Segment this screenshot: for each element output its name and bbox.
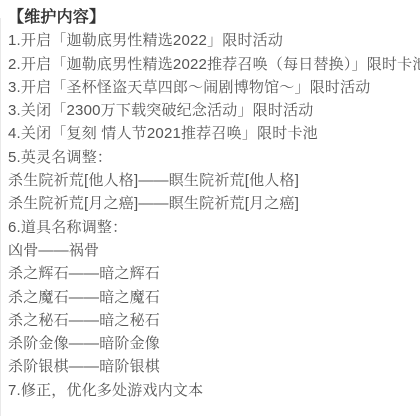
note-line-servant-rename-header: 5.英灵名调整： <box>8 146 420 169</box>
left-border-line <box>0 18 1 416</box>
maintenance-notes-page: 【维护内容】 1.开启「迦勒底男性精选2022」限时活动 2.开启「迦勒底男性精… <box>0 0 420 416</box>
maintenance-title: 【维护内容】 <box>8 6 420 29</box>
note-line-item-rename-1: 凶骨——祸骨 <box>8 239 420 262</box>
note-line-open-event-2: 3.开启「圣杯怪盗天草四郎～闹剧博物馆～」限时活动 <box>8 76 420 99</box>
maintenance-notes-content: 【维护内容】 1.开启「迦勒底男性精选2022」限时活动 2.开启「迦勒底男性精… <box>8 6 420 402</box>
note-line-close-event: 3.关闭「2300万下载突破纪念活动」限时活动 <box>8 99 420 122</box>
note-line-close-gacha: 4.关闭「复刻 情人节2021推荐召唤」限时卡池 <box>8 122 420 145</box>
note-line-text-fix: 7.修正，优化多处游戏内文本 <box>8 379 420 402</box>
note-line-open-gacha: 2.开启「迦勒底男性精选2022推荐召唤（每日替换）」限时卡池 <box>8 53 420 76</box>
note-line-item-rename-6: 杀阶银棋——暗阶银棋 <box>8 355 420 378</box>
note-line-item-rename-header: 6.道具名称调整： <box>8 216 420 239</box>
note-line-servant-rename-2: 杀生院祈荒[月之癌]——瞑生院祈荒[月之癌] <box>8 192 420 215</box>
note-line-item-rename-2: 杀之辉石——暗之辉石 <box>8 262 420 285</box>
note-line-servant-rename-1: 杀生院祈荒[他人格]——瞑生院祈荒[他人格] <box>8 169 420 192</box>
note-line-item-rename-3: 杀之魔石——暗之魔石 <box>8 286 420 309</box>
note-line-item-rename-5: 杀阶金像——暗阶金像 <box>8 332 420 355</box>
note-line-item-rename-4: 杀之秘石——暗之秘石 <box>8 309 420 332</box>
note-line-open-event-1: 1.开启「迦勒底男性精选2022」限时活动 <box>8 29 420 52</box>
